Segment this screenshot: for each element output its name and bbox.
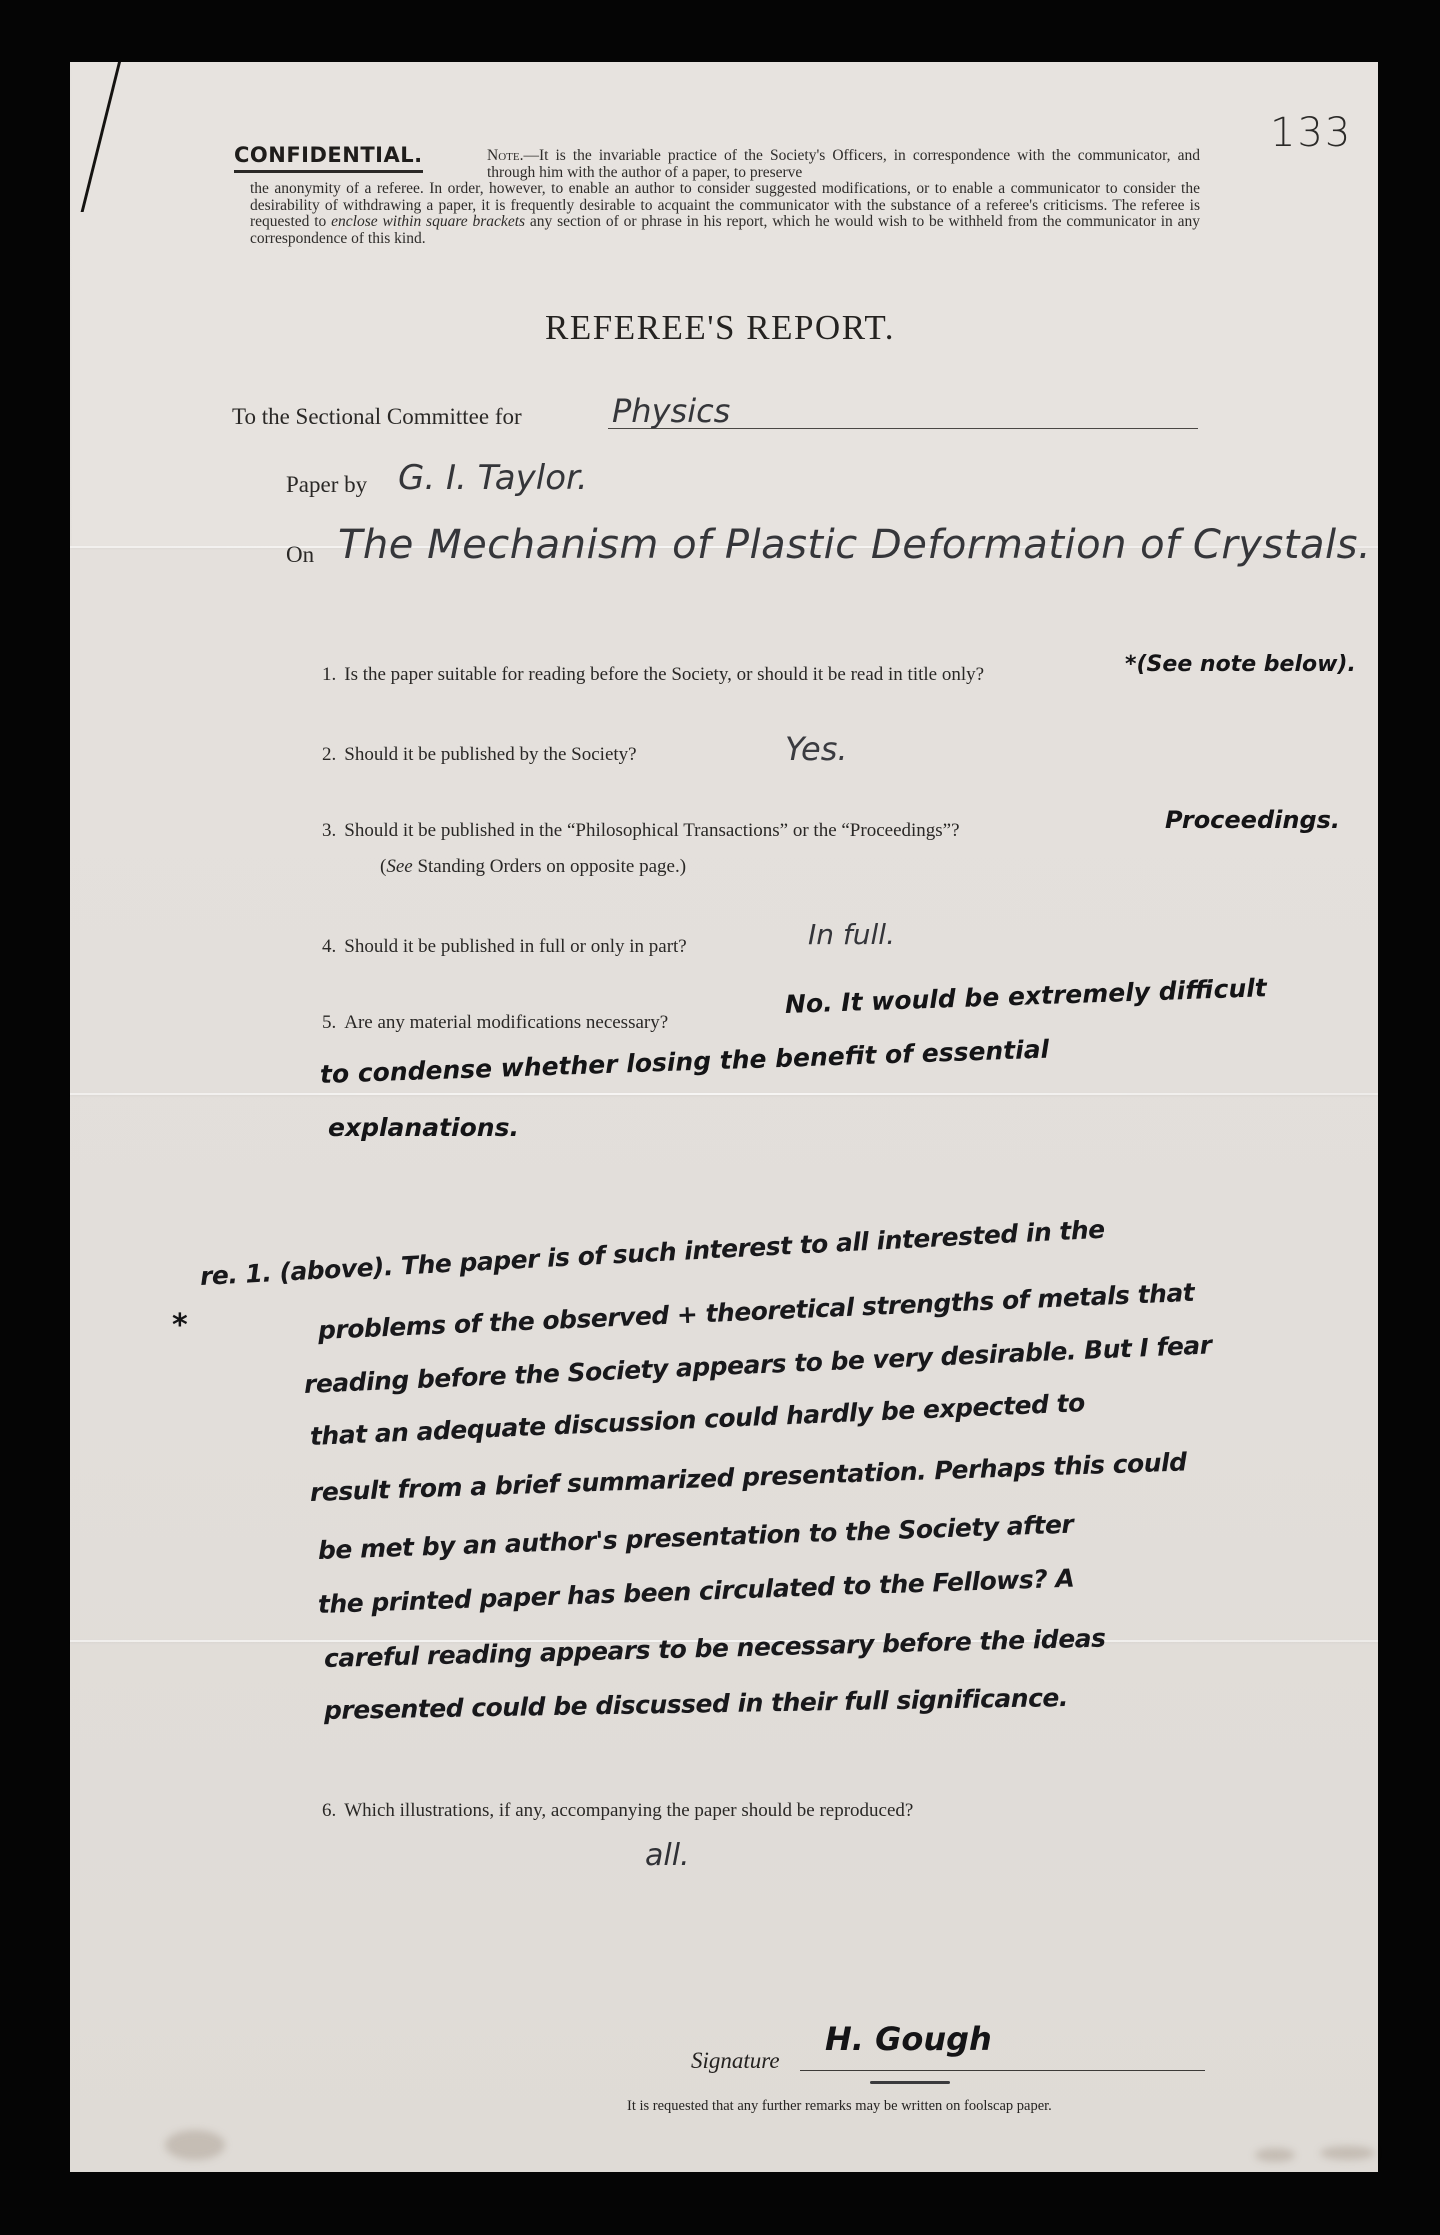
note-line-1: —It is the invariable practice of the So… [487,147,1200,181]
fold-line [70,1093,1378,1095]
question-1: 1.Is the paper suitable for reading befo… [322,664,984,686]
question-text: Should it be published by the Society? [344,744,636,765]
see-italic: See [386,856,412,877]
paper-top-flap [72,62,1377,546]
paper-by-value[interactable]: G. I. Taylor. [398,458,588,498]
answer-1[interactable]: *(See note below). [1125,652,1356,677]
paper-title-value[interactable]: The Mechanism of Plastic Deformation of … [338,522,1371,568]
question-4: 4.Should it be published in full or only… [322,936,687,958]
page-number: 133 [1270,110,1352,156]
question-text: Are any material modifications necessary… [344,1012,668,1033]
question-number: 4. [322,936,336,957]
stain-mark [1255,2148,1295,2162]
note-lead: Note. [487,147,523,164]
answer-5-line-3[interactable]: explanations. [328,1113,519,1142]
question-6: 6.Which illustrations, if any, accompany… [322,1800,913,1822]
stain-mark [1320,2146,1375,2160]
on-label: On [286,542,314,568]
question-text: Should it be published in the “Philosoph… [344,820,959,841]
report-title: REFEREE'S REPORT. [0,308,1440,348]
paper-by-label: Paper by [286,472,367,498]
note-italic: enclose within square brackets [331,213,525,230]
signature-label: Signature [691,2048,780,2074]
question-number: 1. [322,664,336,685]
confidentiality-note: Note.—It is the invariable practice of t… [250,148,1200,248]
signature-flourish [870,2081,950,2084]
question-number: 5. [322,1012,336,1033]
committee-value[interactable]: Physics [612,392,730,430]
answer-4[interactable]: In full. [808,918,895,951]
signature-line [800,2070,1205,2071]
question-3: 3.Should it be published in the “Philoso… [322,820,960,842]
question-5: 5.Are any material modifications necessa… [322,1012,668,1034]
question-text: Which illustrations, if any, accompanyin… [344,1800,913,1821]
committee-label: To the Sectional Committee for [232,404,522,430]
question-text: Is the paper suitable for reading before… [344,664,984,685]
footer-note: It is requested that any further remarks… [627,2098,1052,2115]
answer-6[interactable]: all. [645,1838,690,1873]
signature-value[interactable]: H. Gough [825,2020,992,2058]
question-text: Should it be published in full or only i… [344,936,687,957]
question-2: 2.Should it be published by the Society? [322,744,637,766]
asterisk-marker: * [172,1308,188,1343]
answer-3[interactable]: Proceedings. [1165,806,1340,834]
question-number: 2. [322,744,336,765]
stain-mark [165,2130,225,2160]
answer-2[interactable]: Yes. [785,730,848,768]
question-number: 3. [322,820,336,841]
question-3-subnote: (See Standing Orders on opposite page.) [380,856,686,878]
question-number: 6. [322,1800,336,1821]
